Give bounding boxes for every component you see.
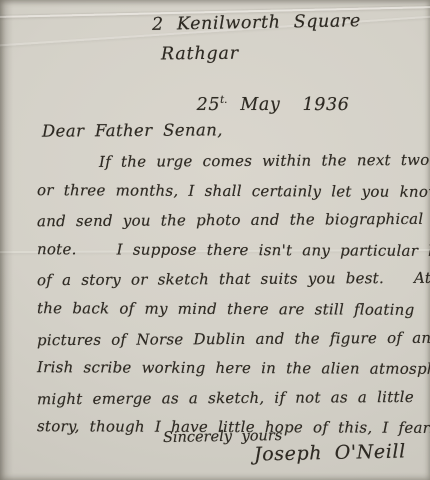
body-line-6: the back of my mind there are still floa… xyxy=(37,294,429,325)
body-line-4: note. I suppose there isn't any particul… xyxy=(37,235,429,266)
body-line-5: of a story or sketch that suits you best… xyxy=(37,264,429,296)
letter-body: If the urge comes within the next two or… xyxy=(37,147,429,443)
body-line-1: If the urge comes within the next two xyxy=(37,146,429,178)
body-line-2: or three months, I shall certainly let y… xyxy=(37,176,429,207)
date-month-year: May 1936 xyxy=(240,95,349,115)
salutation: Dear Father Senan, xyxy=(42,120,223,140)
letter-page: 2 Kenilworth Square Rathgar 25t.May 1936… xyxy=(0,0,430,480)
body-line-9: might emerge as a sketch, if not as a li… xyxy=(37,383,429,415)
paper-left-edge-shadow xyxy=(0,0,14,480)
address-line-1: 2 Kenilworth Square xyxy=(152,11,361,35)
address-line-2: Rathgar xyxy=(161,44,239,65)
body-line-8: Irish scribe working here in the alien a… xyxy=(37,353,429,384)
date-ordinal: t. xyxy=(220,95,227,106)
signature: Joseph O'Neill xyxy=(254,440,406,465)
body-line-7: pictures of Norse Dublin and the figure … xyxy=(37,323,429,355)
date-day: 25 xyxy=(197,95,220,115)
body-line-3: and send you the photo and the biographi… xyxy=(37,205,429,237)
